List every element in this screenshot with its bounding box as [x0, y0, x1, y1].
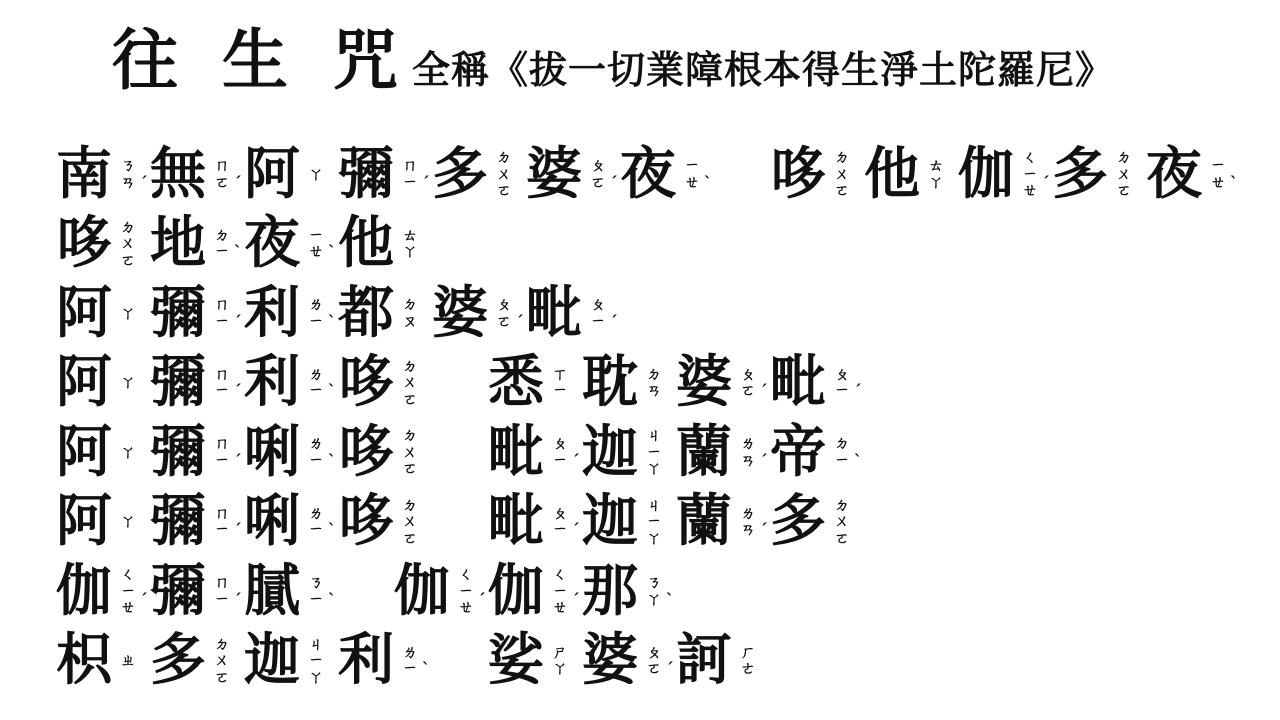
zhuyin-glyph: ㄧ	[308, 652, 323, 669]
char-unit: 迦ㄐㄧㄚ	[582, 424, 676, 480]
zhuyin-annotation: ㄉㄨㄛ	[829, 493, 855, 549]
zhuyin-glyph: ㄑ	[1022, 149, 1037, 166]
zhuyin-annotation: ㄇㄧˊ	[397, 146, 423, 202]
zhuyin-annotation: ㄉㄨㄛ	[491, 146, 517, 202]
zhuyin-glyph: ㄝ	[120, 599, 135, 616]
zhuyin-annotation: ㄑㄧㄝˊ	[547, 563, 573, 619]
zhuyin-glyph: ㄝ	[552, 599, 567, 616]
zhuyin-glyph: ㄧ	[458, 583, 473, 600]
zhuyin-glyph: ㄉ	[120, 219, 135, 236]
zhuyin-annotation: ㄆㄧˊ	[585, 285, 611, 341]
zhuyin-glyph: ㄛ	[214, 174, 229, 191]
zhuyin-glyph: ㄛ	[402, 391, 417, 408]
mantra-line: 阿ㄚ彌ㄇㄧˊ唎ㄌㄧˋ哆ㄉㄨㄛ毗ㄆㄧˊ迦ㄐㄧㄚ蘭ㄌㄢˊ帝ㄉㄧˋ	[56, 417, 1240, 487]
zhuyin-glyph: ㄆ	[740, 366, 755, 383]
tone-mark: ˊ	[140, 176, 149, 193]
zhuyin-annotation: ㄑㄧㄝˊ	[1017, 146, 1043, 202]
char-unit: 婆ㄆㄛˊ	[676, 354, 770, 410]
zhuyin-glyph: ㄝ	[1022, 182, 1037, 199]
zhuyin-glyph: ㄆ	[646, 644, 661, 661]
zhuyin-glyph: ㄐ	[308, 636, 323, 653]
han-character: 他	[864, 146, 920, 202]
mantra-phrase: 悉ㄒㄧ耽ㄉㄢ婆ㄆㄛˊ毗ㄆㄧˊ	[488, 354, 864, 410]
zhuyin-glyph: ㄉ	[214, 227, 229, 244]
zhuyin-glyph: ㄑ	[120, 566, 135, 583]
tone-mark: ˊ	[854, 384, 863, 401]
zhuyin-glyph: ㄛ	[120, 252, 135, 269]
char-unit: 多ㄉㄨㄛ	[432, 146, 526, 202]
tone-mark: ˊ	[760, 523, 769, 540]
zhuyin-glyph: ㄛ	[1116, 182, 1131, 199]
han-character: 彌	[150, 424, 206, 480]
zhuyin-annotation: ㄌㄢˊ	[735, 493, 761, 549]
zhuyin-glyph: ㄧ	[1210, 157, 1225, 174]
zhuyin-glyph: ㄉ	[646, 366, 661, 383]
zhuyin-glyph: ㄛ	[496, 182, 511, 199]
tone-mark: ˋ	[234, 245, 243, 262]
char-unit: 悉ㄒㄧ	[488, 354, 582, 410]
han-character: 伽	[488, 563, 544, 619]
han-character: 迦	[244, 632, 300, 688]
char-unit: 無ㄇㄛˊ	[150, 146, 244, 202]
mantra-line: 阿ㄚ彌ㄇㄧˊ利ㄌㄧˋ哆ㄉㄨㄛ悉ㄒㄧ耽ㄉㄢ婆ㄆㄛˊ毗ㄆㄧˊ	[56, 348, 1240, 418]
han-character: 膩	[244, 563, 300, 619]
char-unit: 多ㄉㄨㄛ	[150, 632, 244, 688]
han-character: 多	[432, 146, 488, 202]
han-character: 利	[244, 285, 300, 341]
zhuyin-annotation: ㄇㄧˊ	[209, 354, 235, 410]
zhuyin-glyph: ㄚ	[646, 530, 661, 547]
zhuyin-annotation: ㄉㄨㄛ	[115, 215, 141, 271]
zhuyin-glyph: ㄚ	[120, 444, 135, 461]
char-unit: 膩ㄋㄧˋ	[244, 563, 338, 619]
zhuyin-annotation: ㄇㄧˊ	[209, 285, 235, 341]
han-character: 多	[770, 493, 826, 549]
tone-mark: ˋ	[328, 454, 337, 471]
zhuyin-annotation: ㄋㄧˋ	[303, 563, 329, 619]
zhuyin-glyph: ㄧ	[834, 452, 849, 469]
zhuyin-glyph: ㄇ	[214, 366, 229, 383]
zhuyin-glyph: ㄛ	[402, 460, 417, 477]
zhuyin-glyph: ㄇ	[214, 574, 229, 591]
zhuyin-glyph: ㄧ	[214, 243, 229, 260]
zhuyin-annotation: ㄉㄡ	[397, 285, 423, 341]
han-character: 哆	[56, 215, 112, 271]
han-character: 多	[150, 632, 206, 688]
zhuyin-annotation: ㄊㄚ	[923, 146, 949, 202]
zhuyin-glyph: ㄐ	[646, 427, 661, 444]
mantra-phrase: 毗ㄆㄧˊ迦ㄐㄧㄚ蘭ㄌㄢˊ多ㄉㄨㄛ	[488, 493, 864, 549]
tone-mark: ˋ	[328, 315, 337, 332]
zhuyin-annotation: ㄉㄨㄛ	[397, 493, 423, 549]
zhuyin-glyph: ㄉ	[496, 149, 511, 166]
zhuyin-glyph: ㄧ	[552, 452, 567, 469]
han-character: 阿	[56, 424, 112, 480]
han-character: 耽	[582, 354, 638, 410]
zhuyin-glyph: ㄚ	[120, 305, 135, 322]
han-character: 婆	[582, 632, 638, 688]
zhuyin-annotation: ㄉㄧˋ	[209, 215, 235, 271]
han-character: 帝	[770, 424, 826, 480]
han-character: 哆	[338, 493, 394, 549]
zhuyin-annotation: ㄆㄧˊ	[547, 493, 573, 549]
char-unit: 哆ㄉㄨㄛ	[338, 354, 432, 410]
tone-mark: ˊ	[478, 593, 487, 610]
han-character: 訶	[676, 632, 732, 688]
mantra-phrase: 伽ㄑㄧㄝˊ彌ㄇㄧˊ膩ㄋㄧˋ	[56, 563, 338, 619]
tone-mark: ˊ	[234, 176, 243, 193]
han-character: 夜	[244, 215, 300, 271]
zhuyin-glyph: ㄒ	[552, 366, 567, 383]
char-unit: 唎ㄌㄧˋ	[244, 424, 338, 480]
zhuyin-glyph: ㄉ	[402, 427, 417, 444]
mantra-phrase: 枳ㄓ多ㄉㄨㄛ迦ㄐㄧㄚ利ㄌㄧˋ	[56, 632, 432, 688]
zhuyin-annotation: ㄉㄨㄛ	[209, 632, 235, 688]
zhuyin-glyph: ㄚ	[120, 513, 135, 530]
zhuyin-annotation: ㄉㄨㄛ	[1111, 146, 1137, 202]
char-unit: 多ㄉㄨㄛ	[1052, 146, 1146, 202]
han-character: 毗	[526, 285, 582, 341]
tone-mark: ˊ	[610, 176, 619, 193]
zhuyin-glyph: ㄛ	[740, 382, 755, 399]
char-unit: 阿ㄚ	[56, 285, 150, 341]
zhuyin-glyph: ㄚ	[308, 669, 323, 686]
char-unit: 枳ㄓ	[56, 632, 150, 688]
han-character: 唎	[244, 493, 300, 549]
han-character: 毗	[488, 493, 544, 549]
zhuyin-glyph: ㄌ	[740, 435, 755, 452]
han-character: 彌	[150, 354, 206, 410]
zhuyin-glyph: ㄉ	[834, 435, 849, 452]
zhuyin-glyph: ㄧ	[684, 157, 699, 174]
zhuyin-glyph: ㄧ	[308, 313, 323, 330]
zhuyin-glyph: ㄌ	[740, 505, 755, 522]
tone-mark: ˋ	[704, 176, 713, 193]
han-character: 夜	[1146, 146, 1202, 202]
mantra-phrase: 哆ㄉㄨㄛ他ㄊㄚ伽ㄑㄧㄝˊ多ㄉㄨㄛ夜ㄧㄝˋ	[770, 146, 1240, 202]
zhuyin-annotation: ㄌㄧˋ	[303, 354, 329, 410]
zhuyin-glyph: ㄧ	[590, 313, 605, 330]
zhuyin-glyph: ㄆ	[496, 296, 511, 313]
zhuyin-glyph: ㄧ	[646, 444, 661, 461]
han-character: 彌	[338, 146, 394, 202]
char-unit: 多ㄉㄨㄛ	[770, 493, 864, 549]
char-unit: 哆ㄉㄨㄛ	[338, 493, 432, 549]
zhuyin-annotation: ㄑㄧㄝˊ	[115, 563, 141, 619]
zhuyin-glyph: ㄧ	[402, 660, 417, 677]
zhuyin-glyph: ㄉ	[834, 497, 849, 514]
char-unit: 彌ㄇㄧˊ	[150, 285, 244, 341]
zhuyin-glyph: ㄨ	[834, 166, 849, 183]
zhuyin-annotation: ㄧㄝˋ	[679, 146, 705, 202]
zhuyin-annotation: ㄐㄧㄚ	[641, 424, 667, 480]
zhuyin-glyph: ㄉ	[402, 497, 417, 514]
tone-mark: ˋ	[328, 593, 337, 610]
han-character: 多	[1052, 146, 1108, 202]
zhuyin-glyph: ㄇ	[402, 157, 417, 174]
tone-mark: ˋ	[854, 454, 863, 471]
page-title: 往生咒	[112, 24, 442, 97]
zhuyin-glyph: ㄢ	[740, 452, 755, 469]
full-name-subtitle: 全稱《拔一切業障根本得生淨土陀羅尼》	[412, 39, 1114, 94]
zhuyin-glyph: ㄆ	[552, 505, 567, 522]
zhuyin-glyph: ㄊ	[402, 227, 417, 244]
char-unit: 哆ㄉㄨㄛ	[770, 146, 864, 202]
char-unit: 彌ㄇㄧˊ	[150, 424, 244, 480]
zhuyin-glyph: ㄧ	[552, 583, 567, 600]
han-character: 婆	[676, 354, 732, 410]
char-unit: 毗ㄆㄧˊ	[488, 493, 582, 549]
zhuyin-glyph: ㄇ	[214, 505, 229, 522]
zhuyin-annotation: ㄆㄧˊ	[547, 424, 573, 480]
tone-mark: ˊ	[572, 454, 581, 471]
page: 往生咒 全稱《拔一切業障根本得生淨土陀羅尼》 南ㄋㄢˊ無ㄇㄛˊ阿ㄚ彌ㄇㄧˊ多ㄉㄨ…	[0, 0, 1280, 720]
char-unit: 伽ㄑㄧㄝˊ	[394, 563, 488, 619]
mantra-phrase: 阿ㄚ彌ㄇㄧˊ唎ㄌㄧˋ哆ㄉㄨㄛ	[56, 493, 432, 549]
zhuyin-glyph: ㄜ	[740, 660, 755, 677]
zhuyin-annotation: ㄇㄧˊ	[209, 563, 235, 619]
zhuyin-annotation: ㄊㄚ	[397, 215, 423, 271]
zhuyin-annotation: ㄌㄧˋ	[397, 632, 423, 688]
zhuyin-annotation: ㄆㄛˊ	[585, 146, 611, 202]
zhuyin-annotation: ㄇㄧˊ	[209, 493, 235, 549]
char-unit: 伽ㄑㄧㄝˊ	[958, 146, 1052, 202]
title-row: 往生咒 全稱《拔一切業障根本得生淨土陀羅尼》	[112, 24, 1114, 97]
zhuyin-annotation: ㄕㄚ	[547, 632, 573, 688]
mantra-phrase: 南ㄋㄢˊ無ㄇㄛˊ阿ㄚ彌ㄇㄧˊ多ㄉㄨㄛ婆ㄆㄛˊ夜ㄧㄝˋ	[56, 146, 714, 202]
tone-mark: ˋ	[328, 384, 337, 401]
zhuyin-annotation: ㄧㄝˋ	[1205, 146, 1231, 202]
zhuyin-glyph: ㄛ	[496, 313, 511, 330]
zhuyin-glyph: ㄧ	[214, 452, 229, 469]
zhuyin-glyph: ㄚ	[552, 660, 567, 677]
zhuyin-glyph: ㄇ	[214, 296, 229, 313]
han-character: 那	[582, 563, 638, 619]
char-unit: 彌ㄇㄧˊ	[150, 493, 244, 549]
zhuyin-glyph: ㄚ	[402, 243, 417, 260]
tone-mark: ˋ	[666, 593, 675, 610]
zhuyin-glyph: ㄇ	[214, 435, 229, 452]
zhuyin-glyph: ㄋ	[120, 157, 135, 174]
tone-mark: ˊ	[234, 315, 243, 332]
zhuyin-glyph: ㄨ	[496, 166, 511, 183]
mantra-line: 伽ㄑㄧㄝˊ彌ㄇㄧˊ膩ㄋㄧˋ伽ㄑㄧㄝˊ伽ㄑㄧㄝˊ那ㄋㄚˋ	[56, 556, 1240, 626]
char-unit: 利ㄌㄧˋ	[244, 285, 338, 341]
char-unit: 娑ㄕㄚ	[488, 632, 582, 688]
zhuyin-glyph: ㄌ	[402, 644, 417, 661]
han-character: 蘭	[676, 424, 732, 480]
zhuyin-glyph: ㄨ	[120, 235, 135, 252]
zhuyin-glyph: ㄢ	[646, 382, 661, 399]
tone-mark: ˊ	[666, 662, 675, 679]
zhuyin-glyph: ㄆ	[590, 157, 605, 174]
char-unit: 蘭ㄌㄢˊ	[676, 493, 770, 549]
zhuyin-glyph: ㄊ	[928, 157, 943, 174]
zhuyin-glyph: ㄌ	[308, 505, 323, 522]
han-character: 阿	[56, 493, 112, 549]
zhuyin-glyph: ㄢ	[120, 174, 135, 191]
han-character: 毗	[770, 354, 826, 410]
zhuyin-glyph: ㄧ	[308, 452, 323, 469]
mantra-line: 哆ㄉㄨㄛ地ㄉㄧˋ夜ㄧㄝˋ他ㄊㄚ	[56, 209, 1240, 279]
zhuyin-glyph: ㄋ	[646, 574, 661, 591]
zhuyin-glyph: ㄨ	[834, 513, 849, 530]
zhuyin-glyph: ㄛ	[590, 174, 605, 191]
zhuyin-glyph: ㄛ	[834, 182, 849, 199]
zhuyin-glyph: ㄧ	[646, 513, 661, 530]
zhuyin-glyph: ㄚ	[308, 166, 323, 183]
han-character: 地	[150, 215, 206, 271]
char-unit: 南ㄋㄢˊ	[56, 146, 150, 202]
han-character: 彌	[150, 493, 206, 549]
zhuyin-glyph: ㄏ	[740, 644, 755, 661]
char-unit: 彌ㄇㄧˊ	[150, 354, 244, 410]
char-unit: 婆ㄆㄛˊ	[526, 146, 620, 202]
han-character: 彌	[150, 563, 206, 619]
han-character: 利	[244, 354, 300, 410]
han-character: 夜	[620, 146, 676, 202]
mantra-line: 阿ㄚ彌ㄇㄧˊ唎ㄌㄧˋ哆ㄉㄨㄛ毗ㄆㄧˊ迦ㄐㄧㄚ蘭ㄌㄢˊ多ㄉㄨㄛ	[56, 487, 1240, 557]
char-unit: 毗ㄆㄧˊ	[770, 354, 864, 410]
zhuyin-glyph: ㄨ	[1116, 166, 1131, 183]
zhuyin-glyph: ㄋ	[308, 574, 323, 591]
zhuyin-glyph: ㄑ	[552, 566, 567, 583]
zhuyin-glyph: ㄨ	[214, 652, 229, 669]
char-unit: 夜ㄧㄝˋ	[1146, 146, 1240, 202]
zhuyin-glyph: ㄌ	[308, 296, 323, 313]
han-character: 哆	[338, 424, 394, 480]
han-character: 娑	[488, 632, 544, 688]
zhuyin-glyph: ㄐ	[646, 497, 661, 514]
zhuyin-annotation: ㄇㄛˊ	[209, 146, 235, 202]
zhuyin-glyph: ㄧ	[308, 227, 323, 244]
mantra-phrase: 阿ㄚ彌ㄇㄧˊ利ㄌㄧˋ哆ㄉㄨㄛ	[56, 354, 432, 410]
zhuyin-glyph: ㄧ	[308, 382, 323, 399]
char-unit: 夜ㄧㄝˋ	[620, 146, 714, 202]
zhuyin-glyph: ㄧ	[1022, 166, 1037, 183]
mantra-phrase: 伽ㄑㄧㄝˊ伽ㄑㄧㄝˊ那ㄋㄚˋ	[394, 563, 676, 619]
tone-mark: ˊ	[234, 384, 243, 401]
zhuyin-glyph: ㄑ	[458, 566, 473, 583]
tone-mark: ˋ	[328, 523, 337, 540]
mantra-line: 枳ㄓ多ㄉㄨㄛ迦ㄐㄧㄚ利ㄌㄧˋ娑ㄕㄚ婆ㄆㄛˊ訶ㄏㄜ	[56, 626, 1240, 696]
zhuyin-glyph: ㄌ	[308, 435, 323, 452]
char-unit: 阿ㄚ	[56, 354, 150, 410]
char-unit: 婆ㄆㄛˊ	[432, 285, 526, 341]
mantra-line: 阿ㄚ彌ㄇㄧˊ利ㄌㄧˋ都ㄉㄡ婆ㄆㄛˊ毗ㄆㄧˊ	[56, 278, 1240, 348]
zhuyin-glyph: ㄝ	[684, 174, 699, 191]
zhuyin-annotation: ㄑㄧㄝˊ	[453, 563, 479, 619]
han-character: 迦	[582, 424, 638, 480]
zhuyin-glyph: ㄝ	[458, 599, 473, 616]
han-character: 蘭	[676, 493, 732, 549]
zhuyin-glyph: ㄉ	[402, 296, 417, 313]
char-unit: 利ㄌㄧˋ	[338, 632, 432, 688]
zhuyin-glyph: ㄚ	[646, 591, 661, 608]
zhuyin-annotation: ㄉㄧˋ	[829, 424, 855, 480]
zhuyin-annotation: ㄐㄧㄚ	[641, 493, 667, 549]
char-unit: 哆ㄉㄨㄛ	[338, 424, 432, 480]
zhuyin-annotation: ㄌㄢˊ	[735, 424, 761, 480]
zhuyin-glyph: ㄨ	[402, 513, 417, 530]
char-unit: 伽ㄑㄧㄝˊ	[56, 563, 150, 619]
zhuyin-annotation: ㄧㄝˋ	[303, 215, 329, 271]
zhuyin-annotation: ㄚ	[115, 285, 141, 341]
char-unit: 阿ㄚ	[56, 493, 150, 549]
han-character: 利	[338, 632, 394, 688]
han-character: 彌	[150, 285, 206, 341]
char-unit: 訶ㄏㄜ	[676, 632, 770, 688]
han-character: 哆	[338, 354, 394, 410]
char-unit: 迦ㄐㄧㄚ	[582, 493, 676, 549]
tone-mark: ˊ	[760, 454, 769, 471]
zhuyin-glyph: ㄧ	[552, 521, 567, 538]
zhuyin-annotation: ㄌㄧˋ	[303, 285, 329, 341]
zhuyin-glyph: ㄧ	[308, 591, 323, 608]
char-unit: 夜ㄧㄝˋ	[244, 215, 338, 271]
char-unit: 迦ㄐㄧㄚ	[244, 632, 338, 688]
tone-mark: ˊ	[422, 176, 431, 193]
zhuyin-glyph: ㄆ	[834, 366, 849, 383]
zhuyin-annotation: ㄚ	[115, 354, 141, 410]
zhuyin-annotation: ㄆㄛˊ	[491, 285, 517, 341]
tone-mark: ˋ	[328, 245, 337, 262]
zhuyin-glyph: ㄧ	[120, 583, 135, 600]
zhuyin-annotation: ㄐㄧㄚ	[303, 632, 329, 688]
zhuyin-annotation: ㄆㄛˊ	[735, 354, 761, 410]
han-character: 毗	[488, 424, 544, 480]
zhuyin-annotation: ㄆㄧˊ	[829, 354, 855, 410]
han-character: 伽	[56, 563, 112, 619]
zhuyin-annotation: ㄚ	[115, 424, 141, 480]
zhuyin-glyph: ㄧ	[834, 382, 849, 399]
tone-mark: ˊ	[234, 593, 243, 610]
zhuyin-glyph: ㄉ	[402, 358, 417, 375]
han-character: 伽	[394, 563, 450, 619]
han-character: 他	[338, 215, 394, 271]
char-unit: 阿ㄚ	[244, 146, 338, 202]
mantra-phrase: 娑ㄕㄚ婆ㄆㄛˊ訶ㄏㄜ	[488, 632, 770, 688]
zhuyin-glyph: ㄧ	[214, 313, 229, 330]
zhuyin-annotation: ㄚ	[303, 146, 329, 202]
zhuyin-glyph: ㄆ	[552, 435, 567, 452]
zhuyin-glyph: ㄧ	[214, 591, 229, 608]
tone-mark: ˊ	[516, 315, 525, 332]
tone-mark: ˊ	[572, 523, 581, 540]
zhuyin-annotation: ㄉㄨㄛ	[829, 146, 855, 202]
char-unit: 利ㄌㄧˋ	[244, 354, 338, 410]
char-unit: 他ㄊㄚ	[338, 215, 432, 271]
tone-mark: ˊ	[140, 593, 149, 610]
tone-mark: ˋ	[1230, 176, 1239, 193]
zhuyin-glyph: ㄌ	[308, 366, 323, 383]
tone-mark: ˊ	[1042, 176, 1051, 193]
char-unit: 毗ㄆㄧˊ	[488, 424, 582, 480]
zhuyin-glyph: ㄉ	[834, 149, 849, 166]
char-unit: 彌ㄇㄧˊ	[150, 563, 244, 619]
zhuyin-glyph: ㄓ	[120, 652, 135, 669]
zhuyin-glyph: ㄧ	[308, 521, 323, 538]
mantra-phrase: 阿ㄚ彌ㄇㄧˊ利ㄌㄧˋ都ㄉㄡ婆ㄆㄛˊ毗ㄆㄧˊ	[56, 285, 620, 341]
char-unit: 那ㄋㄚˋ	[582, 563, 676, 619]
zhuyin-annotation: ㄋㄚˋ	[641, 563, 667, 619]
mantra-line: 南ㄋㄢˊ無ㄇㄛˊ阿ㄚ彌ㄇㄧˊ多ㄉㄨㄛ婆ㄆㄛˊ夜ㄧㄝˋ哆ㄉㄨㄛ他ㄊㄚ伽ㄑㄧㄝˊ多ㄉ…	[56, 139, 1240, 209]
zhuyin-glyph: ㄚ	[120, 374, 135, 391]
mantra-lines: 南ㄋㄢˊ無ㄇㄛˊ阿ㄚ彌ㄇㄧˊ多ㄉㄨㄛ婆ㄆㄛˊ夜ㄧㄝˋ哆ㄉㄨㄛ他ㄊㄚ伽ㄑㄧㄝˊ多ㄉ…	[56, 139, 1240, 695]
zhuyin-glyph: ㄆ	[590, 296, 605, 313]
zhuyin-glyph: ㄇ	[214, 157, 229, 174]
han-character: 迦	[582, 493, 638, 549]
